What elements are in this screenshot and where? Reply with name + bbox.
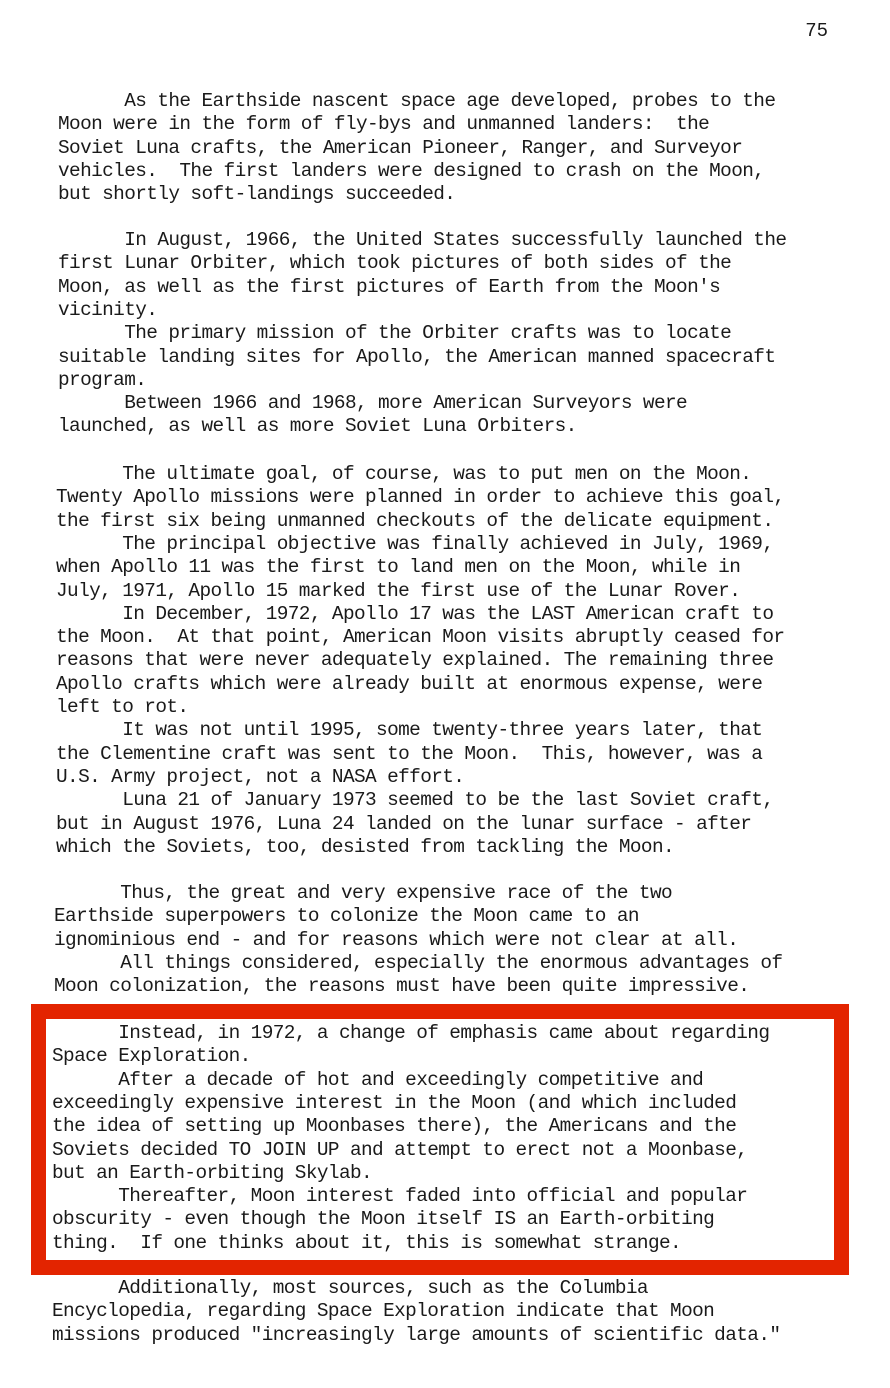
highlighted-text-line: thing. If one thinks about it, this is s… xyxy=(52,1232,681,1255)
text-line: program. xyxy=(58,369,146,392)
text-line: the Moon. At that point, American Moon v… xyxy=(56,626,784,649)
text-line: Moon, as well as the first pictures of E… xyxy=(58,276,720,299)
text-line: Encyclopedia, regarding Space Exploratio… xyxy=(52,1300,714,1323)
highlighted-text-line: the idea of setting up Moonbases there),… xyxy=(52,1115,736,1138)
highlighted-text-line: but an Earth-orbiting Skylab. xyxy=(52,1162,372,1185)
highlighted-text-line: Thereafter, Moon interest faded into off… xyxy=(52,1185,747,1208)
text-line: The principal objective was finally achi… xyxy=(56,533,773,556)
highlighted-text-line: Space Exploration. xyxy=(52,1045,251,1068)
highlighted-text-line: After a decade of hot and exceedingly co… xyxy=(52,1069,703,1092)
text-line: vicinity. xyxy=(58,299,157,322)
text-line: but in August 1976, Luna 24 landed on th… xyxy=(56,813,751,836)
text-line: It was not until 1995, some twenty-three… xyxy=(56,719,762,742)
text-line: suitable landing sites for Apollo, the A… xyxy=(58,346,775,369)
text-line: In December, 1972, Apollo 17 was the LAS… xyxy=(56,603,773,626)
text-line: As the Earthside nascent space age devel… xyxy=(58,90,775,113)
page-number: 75 xyxy=(805,20,828,42)
text-line: vehicles. The first landers were designe… xyxy=(58,160,764,183)
text-line: the first six being unmanned checkouts o… xyxy=(56,510,773,533)
text-line: In August, 1966, the United States succe… xyxy=(58,229,786,252)
text-line: but shortly soft-landings succeeded. xyxy=(58,183,455,206)
text-line: Luna 21 of January 1973 seemed to be the… xyxy=(56,789,773,812)
text-line: ignominious end - and for reasons which … xyxy=(54,929,738,952)
text-line: when Apollo 11 was the first to land men… xyxy=(56,556,740,579)
text-line: which the Soviets, too, desisted from ta… xyxy=(56,836,674,859)
text-line: Twenty Apollo missions were planned in o… xyxy=(56,486,784,509)
text-line: first Lunar Orbiter, which took pictures… xyxy=(58,252,731,275)
text-line: Apollo crafts which were already built a… xyxy=(56,673,762,696)
text-line: Thus, the great and very expensive race … xyxy=(54,882,672,905)
text-line: U.S. Army project, not a NASA effort. xyxy=(56,766,464,789)
text-line: Earthside superpowers to colonize the Mo… xyxy=(54,905,639,928)
highlighted-text-line: Instead, in 1972, a change of emphasis c… xyxy=(52,1022,769,1045)
text-line: the Clementine craft was sent to the Moo… xyxy=(56,743,762,766)
highlighted-text-line: exceedingly expensive interest in the Mo… xyxy=(52,1092,736,1115)
text-line: Additionally, most sources, such as the … xyxy=(52,1277,648,1300)
text-line: Between 1966 and 1968, more American Sur… xyxy=(58,392,687,415)
text-line: reasons that were never adequately expla… xyxy=(56,649,773,672)
text-line: Moon colonization, the reasons must have… xyxy=(54,975,749,998)
text-line: Moon were in the form of fly-bys and unm… xyxy=(58,113,709,136)
highlighted-text-line: obscurity - even though the Moon itself … xyxy=(52,1208,714,1231)
text-line: All things considered, especially the en… xyxy=(54,952,782,975)
text-line: launched, as well as more Soviet Luna Or… xyxy=(58,415,577,438)
text-line: Soviet Luna crafts, the American Pioneer… xyxy=(58,137,742,160)
text-line: July, 1971, Apollo 15 marked the first u… xyxy=(56,580,740,603)
text-line: missions produced "increasingly large am… xyxy=(52,1324,780,1347)
text-line: The primary mission of the Orbiter craft… xyxy=(58,322,731,345)
document-page: 75 As the Earthside nascent space age de… xyxy=(0,0,890,1388)
highlighted-text-line: Soviets decided TO JOIN UP and attempt t… xyxy=(52,1139,747,1162)
text-line: left to rot. xyxy=(56,696,188,719)
text-line: The ultimate goal, of course, was to put… xyxy=(56,463,751,486)
